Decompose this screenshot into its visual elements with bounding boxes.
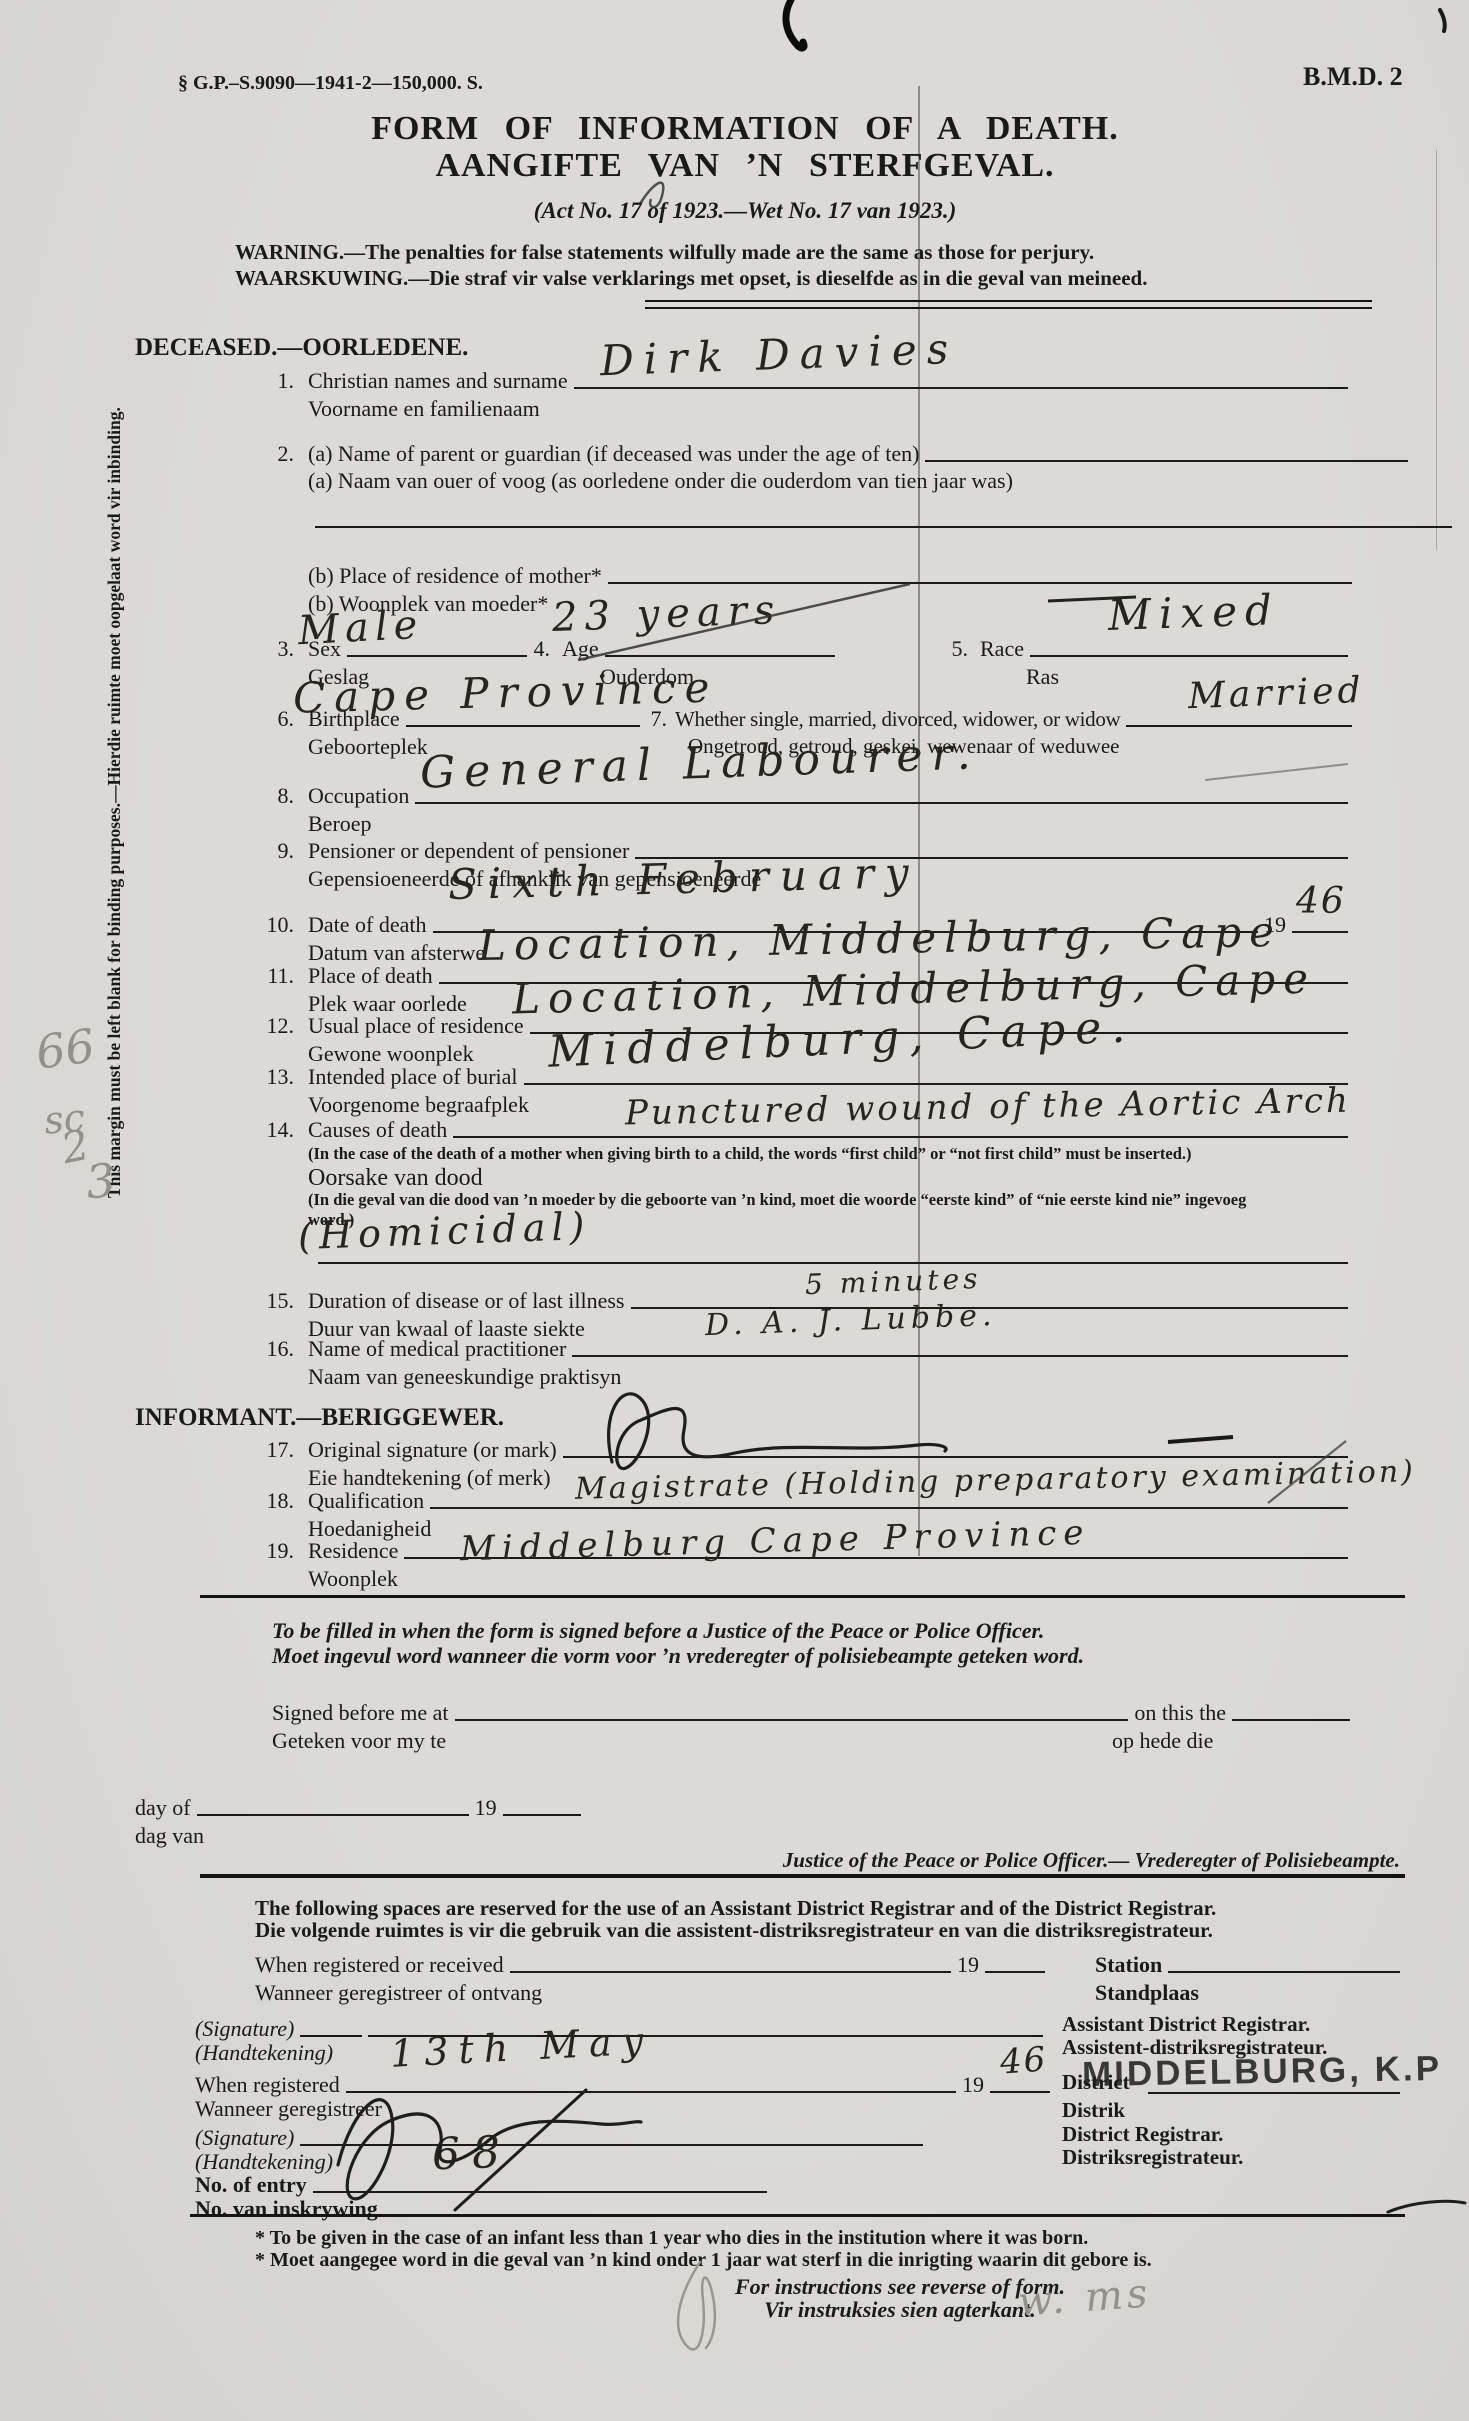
item-8-number: 8. [238,783,294,808]
item-14-sublabel: Oorsake van dood [308,1165,483,1193]
form-code: B.M.D. 2 [1303,62,1403,92]
when-received-year-line [985,1968,1045,1973]
item-1-label: Christian names and surname [308,368,568,393]
item-14-label: Causes of death [308,1117,447,1142]
district-registrar-title-afrikaans: Distriksregistrateur. [1062,2145,1243,2169]
registrar-intro-afrikaans: Die volgende ruimtes is vir die gebruik … [255,1918,1213,1942]
double-rule-bottom [645,307,1372,309]
section-heading-deceased: DECEASED.—OORLEDENE. [135,334,468,363]
on-this-sublabel: op hede die [1112,1728,1213,1753]
item-8-row: 8. Occupation [238,783,1348,808]
item-18-fill-line [430,1504,1348,1509]
when-registered-label: When registered [195,2072,340,2097]
item-13-label: Intended place of burial [308,1064,518,1089]
print-code: § G.P.–S.9090—1941-2—150,000. S. [178,72,483,95]
justice-note-afrikaans: Moet ingevul word wanneer die vorm voor … [272,1643,1084,1668]
item-19-sublabel: Woonplek [308,1566,398,1591]
item-14-note-afrikaans: (In die geval van die dood van ’n moeder… [308,1190,1246,1210]
warning-afrikaans: WAARSKUWING.—Die straf vir valse verklar… [235,266,1147,290]
handwritten-homicidal: (Homicidal) [297,1207,591,1255]
district-registrar-title-english: District Registrar. [1062,2122,1223,2146]
signed-before-label: Signed before me at [272,1700,449,1725]
when-received-label: When registered or received [255,1952,504,1977]
item-2-label: (a) Name of parent or guardian (if decea… [308,441,919,466]
item-3-fill-line [347,652,527,657]
section-rule-registrar [200,1874,1405,1878]
item-8-sublabel: Beroep [308,811,372,836]
item-2-fill-line [925,457,1408,462]
item-2-answer-line [315,526,1452,528]
signed-before-sublabel: Geteken voor my te [272,1728,446,1753]
act-reference: (Act No. 17 of 1923.—Wet No. 17 van 1923… [135,198,1355,224]
bottom-pencil-note: w. ms [1017,2273,1153,2322]
signed-before-row: Signed before me at on this the [272,1700,1350,1725]
binding-margin-note: This margin must be left blank for bindi… [104,368,125,1198]
item-17-label: Original signature (or mark) [308,1437,557,1462]
section-heading-informant: INFORMANT.—BERIGGEWER. [135,1404,504,1433]
handwritten-registration-date: 13th May [389,2021,654,2073]
form-title-afrikaans: AANGIFTE VAN ’N STERFGEVAL. [135,147,1355,185]
double-rule-top [645,300,1372,302]
registrar-signature-label: (Signature) [195,2125,294,2150]
handwritten-entry-number: 68 [431,2131,512,2178]
handwritten-sex: Male [297,605,424,652]
day-of-sublabel: dag van [135,1823,204,1848]
item-6-number: 6. [238,706,294,731]
entry-number-line [313,2188,767,2193]
item-10-label: Date of death [308,912,427,937]
item-2b-fill-line [608,579,1352,584]
district-rubber-stamp: MIDDELBURG, K.P [1082,2049,1443,2095]
registrar-signature-sublabel: (Handtekening) [195,2149,333,2174]
item-8-label: Occupation [308,783,409,808]
footnote-english: * To be given in the case of an infant l… [255,2227,1088,2250]
item-3-number: 3. [238,636,294,661]
item-7-fill-line [1126,722,1352,727]
item-15-number: 15. [238,1288,294,1313]
margin-pencil-mark-66: 66 [33,1022,97,1076]
item-2b-label: (b) Place of residence of mother* [308,563,602,588]
station-row: Station [1095,1952,1400,1977]
scanned-death-form: § G.P.–S.9090—1941-2—150,000. S. B.M.D. … [0,0,1469,2421]
item-14-note-english: (In the case of the death of a mother wh… [308,1144,1192,1164]
footnote-afrikaans: * Moet aangegee word in die geval van ’n… [255,2249,1152,2272]
handwritten-marital-status: Married [1187,673,1365,715]
item-2-row: 2. (a) Name of parent or guardian (if de… [238,441,1408,466]
form-title-english: FORM OF INFORMATION OF A DEATH. [135,110,1355,148]
day-of-label: day of [135,1795,191,1820]
item-7-label: Whether single, married, divorced, widow… [675,707,1120,731]
day-of-year-line [503,1811,581,1816]
when-registered-year-prefix: 19 [962,2072,984,2097]
footer-rule [190,2214,1405,2217]
handwritten-race: Mixed [1107,589,1280,637]
warning-english: WARNING.—The penalties for false stateme… [235,240,1094,264]
when-received-year-prefix: 19 [957,1952,979,1977]
item-4-number: 4. [520,636,550,661]
item-17-number: 17. [238,1437,294,1462]
station-sublabel: Standplaas [1095,1980,1199,2005]
item-16-number: 16. [238,1336,294,1361]
item-10-sublabel: Datum van afsterwe [308,940,485,965]
item-16-fill-line [572,1352,1348,1357]
item-1-fill-line [574,384,1348,389]
item-6-fill-line [406,722,640,727]
registrar-signature-row: (Signature) [195,2125,923,2150]
registrar-intro-english: The following spaces are reserved for th… [255,1896,1216,1920]
item-17-sublabel: Eie handtekening (of merk) [308,1465,551,1490]
station-label: Station [1095,1952,1162,1977]
section-rule-justice [200,1595,1405,1598]
instructions-note-afrikaans: Vir instruksies sien agterkant. [460,2297,1340,2322]
day-of-line [197,1811,469,1816]
item-2-number: 2. [238,441,294,466]
day-of-row: day of 19 [135,1795,675,1820]
item-19-label: Residence [308,1538,398,1563]
when-registered-year-line [990,2088,1050,2093]
item-8-fill-line [415,799,1348,804]
item-4-fill-line [605,652,835,657]
margin-pencil-mark-3: 3 [84,1157,118,1206]
asst-registrar-title-english: Assistant District Registrar. [1062,2012,1310,2036]
when-received-line [510,1968,951,1973]
item-18-label: Qualification [308,1488,424,1513]
asst-signature-sublabel: (Handtekening) [195,2040,333,2065]
item-2b-row: (b) Place of residence of mother* [308,563,1352,588]
item-13-number: 13. [238,1064,294,1089]
entry-number-label: No. of entry [195,2172,307,2197]
top-pen-stroke [786,0,804,48]
item-12-label: Usual place of residence [308,1013,524,1038]
item-10-year-line [1292,928,1348,933]
day-of-year-prefix: 19 [475,1795,497,1820]
item-12-sublabel: Gewone woonplek [308,1041,474,1066]
item-1-number: 1. [238,368,294,393]
handwritten-registration-year: 46 [999,2042,1049,2079]
item-5-row: 5. Race [938,636,1348,661]
corner-pen-mark [1440,10,1445,31]
paper-edge-line [1436,150,1437,550]
when-registered-line [346,2088,956,2093]
right-pen-stroke [1388,2201,1465,2212]
item-12-number: 12. [238,1013,294,1038]
item-10-number: 10. [238,912,294,937]
handwritten-illness-duration: 5 minutes [805,1265,982,1299]
item-19-number: 19. [238,1538,294,1563]
item-16-label: Name of medical practitioner [308,1336,566,1361]
item-5-label: Race [980,636,1024,661]
item-11-number: 11. [238,963,294,988]
when-registered-row: When registered 19 [195,2072,1050,2097]
item-11-label: Place of death [308,963,433,988]
handwritten-birthplace: Cape Province [293,666,719,719]
asst-signature-label: (Signature) [195,2016,294,2041]
district-sublabel: Distrik [1062,2098,1125,2122]
item-13-sublabel: Voorgenome begraafplek [308,1092,529,1117]
when-received-sublabel: Wanneer geregistreer of ontvang [255,1980,542,2005]
asst-signature-dash [300,2032,362,2037]
item-9-number: 9. [238,838,294,863]
when-registered-sublabel: Wanneer geregistreer [195,2096,382,2121]
when-received-row: When registered or received 19 [255,1952,1045,1977]
item-5-fill-line [1030,652,1348,657]
item-6-sublabel: Geboorteplek [308,734,428,759]
occupation-pen-stroke [1205,764,1348,780]
item-5-sublabel: Ras [1026,664,1059,689]
handwritten-age: 23 years [551,590,782,638]
justice-note-english: To be filled in when the form is signed … [272,1618,1044,1643]
handwritten-date-of-death: Sixth February [448,852,921,906]
item-14-answer-line-2 [318,1262,1348,1264]
registrar-signature-line [300,2141,923,2146]
instructions-note-english: For instructions see reverse of form. [460,2274,1340,2299]
item-5-number: 5. [938,636,968,661]
on-this-line [1232,1716,1350,1721]
on-this-label: on this the [1134,1700,1226,1725]
item-2-sublabel: (a) Naam van ouer of voog (as oorledene … [308,468,1013,493]
item-14-fill-line [453,1133,1348,1138]
officer-designation-line: Justice of the Peace or Police Officer.—… [480,1848,1400,1872]
station-line [1168,1968,1400,1973]
item-16-sublabel: Naam van geneeskundige praktisyn [308,1364,621,1389]
handwritten-deceased-name: Dirk Davies [599,328,959,382]
signed-before-line [455,1716,1129,1721]
item-14-number: 14. [238,1117,294,1142]
item-18-number: 18. [238,1488,294,1513]
item-15-label: Duration of disease or of last illness [308,1288,625,1313]
item-1-sublabel: Voorname en familienaam [308,396,540,421]
entry-number-sublabel: No. van inskrywing [195,2196,378,2221]
handwritten-death-year: 46 [1296,884,1346,920]
